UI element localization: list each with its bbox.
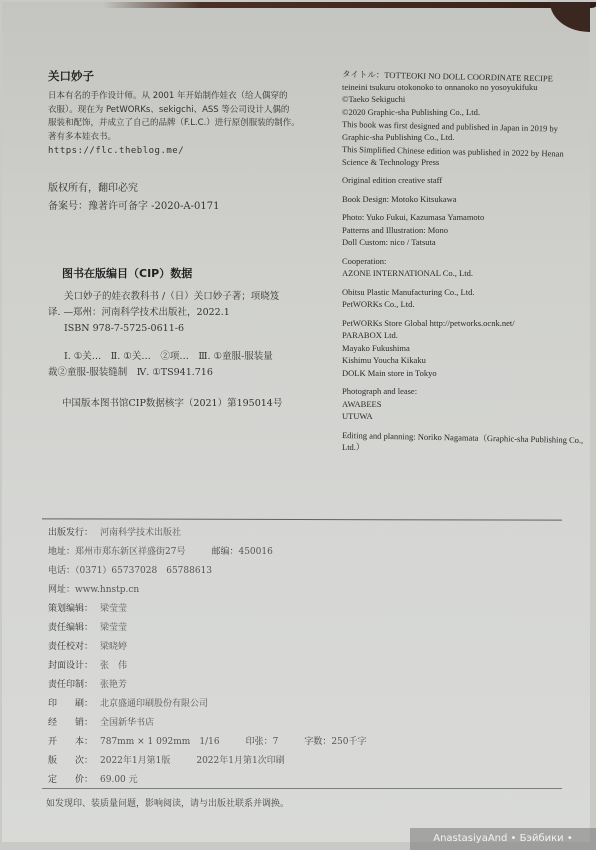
cooperation-item: AZONE INTERNATIONAL Co., Ltd. [342,267,596,280]
patterns-credit: Patterns and Illustration: Mono [342,224,596,237]
divider [42,788,562,789]
printer-row: 印 刷：北京盛通印刷股份有限公司 [48,695,568,714]
edition-label: 版 次： [48,752,100,771]
address-row: 地址：郑州市郑东新区祥盛街27号邮编：450016 [48,543,568,562]
printer-label: 印 刷： [48,695,100,714]
cooperation-item: PetWORKs Co., Ltd. [342,298,596,311]
website-value: www.hnstp.cn [75,585,139,595]
book-design: Book Design: Motoko Kitsukawa [342,193,596,206]
edition-value: 2022年1月第1版 [100,756,170,766]
watermark: AnastasiyaAnd • Бэйбики • babiki.ru [410,828,596,850]
staff-heading: Original edition creative staff [342,174,596,187]
author-name: 关口妙子 [48,68,318,84]
cooperation-heading: Cooperation: [342,255,596,268]
cover-design-value: 张 伟 [100,661,127,671]
divider [42,518,562,520]
cooperation-item: PARABOX Ltd. [342,329,596,342]
author-bio-line: 著有多本娃衣书。 [48,131,318,145]
copyright-author: ©Taeko Sekiguchi [342,93,596,106]
publisher-row: 出版发行：河南科学技术出版社 [48,524,568,543]
planning-editor-value: 梁莹莹 [100,604,127,614]
proofreader-label: 责任校对： [48,638,100,657]
author-section: 关口妙子 日本有名的手作设计师。从 2001 年开始制作娃衣（给人偶穿的 衣服）… [48,68,318,156]
proofreader-row: 责任校对：梁晓婷 [48,638,568,657]
price-value: 69.00 元 [100,775,138,785]
website-label: 网址： [48,585,75,595]
postcode-label: 邮编： [211,547,238,557]
printing-value: 2022年1月第1次印刷 [196,756,284,766]
original-credits: タイトル：TOTTEOKI NO DOLL COORDINATE RECIPE … [342,68,596,454]
address-value: 郑州市郑东新区祥盛街27号 [75,547,185,557]
phone-row: 电话：（0371）65737028 65788613 [48,562,568,581]
print-supervisor-value: 张艳芳 [100,680,127,690]
cip-section: 图书在版编目（CIP）数据 关口妙子的娃衣教科书 /（日）关口妙子著；项晓笈 译… [48,265,318,409]
cooperation-item: Mayako Fukushima [342,342,596,355]
page-corner-shadow [550,2,590,32]
cooperation-item: Kishimu Youcha Kikaku [342,354,596,367]
author-url: https://flc.theblog.me/ [48,146,318,156]
printer-value: 北京盛通印刷股份有限公司 [100,699,208,709]
responsible-editor-row: 责任编辑：梁莹莹 [48,619,568,638]
edition-row: 版 次：2022年1月第1版2022年1月第1次印刷 [48,752,568,771]
author-bio-line: 衣服）。现在为 PetWORKs、sekigchi、ASS 等公司设计人偶的 [48,104,318,118]
cip-line: 译. —郑州：河南科学技术出版社，2022.1 [48,305,318,321]
author-bio: 日本有名的手作设计师。从 2001 年开始制作娃衣（给人偶穿的 衣服）。现在为 … [48,90,318,144]
cip-classification: Ⅰ. ①关… Ⅱ. ①关… ②项… Ⅲ. ①童服-服装量 [48,349,318,365]
format-label: 开 本： [48,733,100,752]
photo-credit: Photo: Yuko Fukui, Kazumasa Yamamoto [342,211,596,224]
cip-classification: 裁②童服-服装缝制 Ⅳ. ①TS941.716 [48,365,318,381]
words-label: 字数： [304,737,331,747]
cip-line: 关口妙子的娃衣教科书 /（日）关口妙子著；项晓笈 [48,289,318,305]
cip-isbn: ISBN 978-7-5725-0611-6 [48,321,318,337]
cooperation-item: DOLK Main store in Tokyo [342,367,596,380]
planning-editor-row: 策划编辑：梁莹莹 [48,600,568,619]
distributor-value: 全国新华书店 [100,718,154,728]
print-supervisor-label: 责任印制： [48,676,100,695]
website-row: 网址：www.hnstp.cn [48,581,568,600]
cip-title: 图书在版编目（CIP）数据 [48,265,318,281]
distributor-label: 经 销： [48,714,100,733]
planning-editor-label: 策划编辑： [48,600,100,619]
proofreader-value: 梁晓婷 [100,642,127,652]
address-label: 地址： [48,547,75,557]
photo-lease-item: AWABEES [342,398,596,411]
print-supervisor-row: 责任印制：张艳芳 [48,676,568,695]
cooperation-item: Obitsu Plastic Manufacturing Co., Ltd. [342,286,596,299]
cooperation-item: PetWORKs Store Global http://petworks.oc… [342,317,596,330]
phone-value: （0371）65737028 65788613 [75,566,212,576]
copyright-publisher: ©2020 Graphic-sha Publishing Co., Ltd. [342,106,596,119]
publisher-value: 河南科学技术出版社 [100,528,181,538]
phone-label: 电话： [48,566,75,576]
sheets-value: 7 [273,737,279,747]
author-bio-line: 日本有名的手作设计师。从 2001 年开始制作娃衣（给人偶穿的 [48,90,318,104]
responsible-editor-value: 梁莹莹 [100,623,127,633]
sheets-label: 印张： [246,737,273,747]
copyright-page: 关口妙子 日本有名的手作设计师。从 2001 年开始制作娃衣（给人偶穿的 衣服）… [2,2,590,842]
photo-lease-item: UTUWA [342,410,596,423]
author-bio-line: 服装和配饰，并成立了自己的品牌（F.L.C.）进行原创服装的制作。 [48,117,318,131]
cover-design-label: 封面设计： [48,657,100,676]
rights-section: 版权所有，翻印必究 备案号：豫著许可备字 -2020-A-0171 [48,180,219,216]
imprint-section: 出版发行：河南科学技术出版社 地址：郑州市郑东新区祥盛街27号邮编：450016… [48,524,568,790]
book-edge-shadow [102,2,596,8]
record-number: 备案号：豫著许可备字 -2020-A-0171 [48,198,219,216]
publisher-label: 出版发行： [48,524,100,543]
postcode-value: 450016 [238,547,272,557]
cover-design-row: 封面设计：张 伟 [48,657,568,676]
format-row: 开 本：787mm × 1 092mm 1/16印张：7字数：250千字 [48,733,568,752]
photo-lease-heading: Photograph and lease: [342,385,596,398]
rights-reserved: 版权所有，翻印必究 [48,180,219,198]
cip-number: 中国版本图书馆CIP数据核字（2021）第195014号 [48,395,318,409]
words-value: 250千字 [331,737,366,747]
format-value: 787mm × 1 092mm 1/16 [100,737,220,747]
distributor-row: 经 销：全国新华书店 [48,714,568,733]
quality-notice: 如发现印、装质量问题，影响阅读，请与出版社联系并调换。 [46,796,289,809]
responsible-editor-label: 责任编辑： [48,619,100,638]
doll-custom-credit: Doll Custom: nico / Tatsuta [342,236,596,249]
